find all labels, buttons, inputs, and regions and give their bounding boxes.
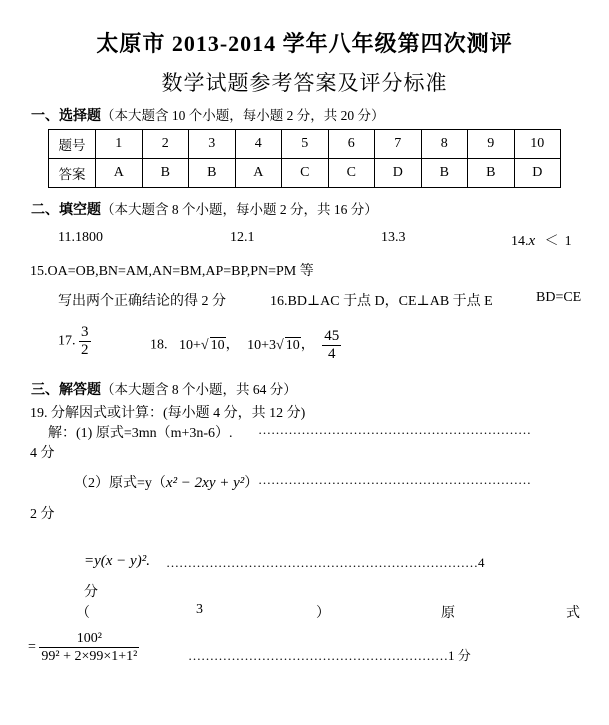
answer-12: 12.1	[230, 230, 255, 246]
answer-17: 17. 3 2	[58, 324, 91, 359]
q19-part2-prefix: （2）原式=y（	[74, 476, 166, 491]
table-cell: 4	[235, 130, 282, 159]
q19-part3-expression: = 100² 99² + 2×99×1+1²	[28, 630, 139, 665]
answer-14: 14.x ＜1	[511, 230, 572, 250]
table-cell: B	[468, 159, 515, 188]
table-cell: 1	[96, 130, 143, 159]
radicand: 10	[210, 337, 226, 353]
table-row-answers: 答案 A B B A C C D B B D	[49, 159, 561, 188]
q19-part1-dots: ………………………………………………………	[258, 422, 531, 438]
section1-heading: 一、选择题	[31, 108, 101, 124]
answer-13: 13.3	[381, 230, 406, 246]
equals-sign: =	[28, 640, 36, 655]
table-cell: D	[514, 159, 561, 188]
answer-17-label: 17.	[58, 334, 76, 349]
q19-part3-word1: 原	[441, 602, 455, 622]
table-header-answer: 答案	[49, 159, 96, 188]
section3-note: （本大题含 8 个小题，共 64 分）	[101, 382, 297, 397]
table-cell: B	[421, 159, 468, 188]
answer-11: 11.1800	[58, 230, 103, 246]
q19-part2-dots: ………………………………………………………	[258, 472, 531, 488]
table-cell: C	[328, 159, 375, 188]
fraction-numerator: 100²	[39, 630, 139, 648]
fraction-numerator: 3	[79, 324, 91, 342]
answer-14-op: ＜	[545, 234, 559, 249]
radicand: 10	[285, 337, 301, 353]
q19-part2-result: =y(x − y)².	[84, 553, 150, 570]
q19-part3-open: （	[76, 602, 90, 622]
q19-part2-suffix: ）	[244, 476, 258, 491]
answer-16-tail: BD=CE	[536, 290, 581, 306]
answer-18-b-prefix: 10+3	[247, 338, 276, 353]
section1-heading-line: 一、选择题（本大题含 10 个小题，每小题 2 分，共 20 分）	[31, 104, 385, 125]
answer-14-label: 14.	[511, 234, 529, 249]
q19-part2-expression: x² − 2xy + y²	[166, 475, 244, 491]
answer-15: 15.OA=OB,BN=AM,AN=BM,AP=BP,PN=PM 等	[30, 260, 314, 280]
answer-18-a: 10+√10	[179, 338, 226, 353]
table-header-question: 题号	[49, 130, 96, 159]
answer-18-label: 18.	[150, 338, 168, 353]
section3-heading: 三、解答题	[31, 382, 101, 398]
answer-16: 16.BD⊥AC 于点 D，CE⊥AB 于点 E	[270, 290, 493, 310]
document-subtitle: 数学试题参考答案及评分标准	[0, 67, 609, 97]
fraction-denominator: 99² + 2×99×1+1²	[39, 648, 139, 665]
q19-part3-close: ）	[316, 602, 330, 622]
separator: ，	[301, 338, 315, 353]
table-cell: 6	[328, 130, 375, 159]
q19-part2-result-expression: =y(x − y)².	[84, 553, 150, 569]
q19-part1: 解：(1) 原式=3mn（m+3n-6）.	[48, 422, 233, 442]
table-cell: B	[189, 159, 236, 188]
table-cell: 2	[142, 130, 189, 159]
table-cell: 5	[282, 130, 329, 159]
answer-14-val: 1	[565, 234, 572, 249]
document-title: 太原市 2013-2014 学年八年级第四次测评	[0, 27, 609, 58]
section1-note: （本大题含 10 个小题，每小题 2 分，共 20 分）	[101, 108, 385, 123]
answer-17-fraction: 3 2	[79, 324, 91, 359]
table-cell: 10	[514, 130, 561, 159]
fraction-numerator: 45	[322, 328, 341, 346]
q19-part2-result-score: 分	[84, 581, 98, 601]
q19-part3-number: 3	[196, 602, 203, 618]
q19-part3-dots: ……………………………………………………1 分	[188, 645, 471, 664]
table-cell: B	[142, 159, 189, 188]
answer-18-a-prefix: 10+	[179, 338, 201, 353]
answer-18-c-fraction: 45 4	[322, 328, 341, 363]
answer-15-note: 写出两个正确结论的得 2 分	[58, 290, 226, 310]
table-cell: 9	[468, 130, 515, 159]
table-cell: 7	[375, 130, 422, 159]
q19-part3-word2: 式	[566, 602, 580, 622]
section2-note: （本大题含 8 个小题，每小题 2 分，共 16 分）	[101, 202, 378, 217]
section2-heading: 二、填空题	[31, 202, 101, 218]
answer-18-b: 10+3√10	[247, 338, 301, 353]
table-cell: D	[375, 159, 422, 188]
table-cell: A	[235, 159, 282, 188]
table-cell: 3	[189, 130, 236, 159]
q19-title: 19. 分解因式或计算：(每小题 4 分，共 12 分)	[30, 402, 305, 422]
separator: ，	[226, 338, 240, 353]
fraction-denominator: 4	[322, 346, 341, 363]
q19-part2-result-dots: ………………………………………………………………4	[166, 555, 485, 571]
section3-heading-line: 三、解答题（本大题含 8 个小题，共 64 分）	[31, 378, 297, 399]
table-cell: 8	[421, 130, 468, 159]
table-cell: C	[282, 159, 329, 188]
section2-heading-line: 二、填空题（本大题含 8 个小题，每小题 2 分，共 16 分）	[31, 198, 378, 219]
answer-table: 题号 1 2 3 4 5 6 7 8 9 10 答案 A B B A C C D…	[48, 129, 561, 188]
table-cell: A	[96, 159, 143, 188]
fraction-denominator: 2	[79, 342, 91, 359]
q19-part1-score: 4 分	[30, 442, 55, 462]
q19-part2: （2）原式=y（x² − 2xy + y²）	[74, 472, 258, 492]
answer-18: 18. 10+√10， 10+3√10， 45 4	[150, 328, 341, 363]
q19-part3-fraction: 100² 99² + 2×99×1+1²	[39, 630, 139, 665]
q19-part2-score: 2 分	[30, 503, 55, 523]
answer-14-var: x	[529, 233, 536, 249]
table-row-questions: 题号 1 2 3 4 5 6 7 8 9 10	[49, 130, 561, 159]
